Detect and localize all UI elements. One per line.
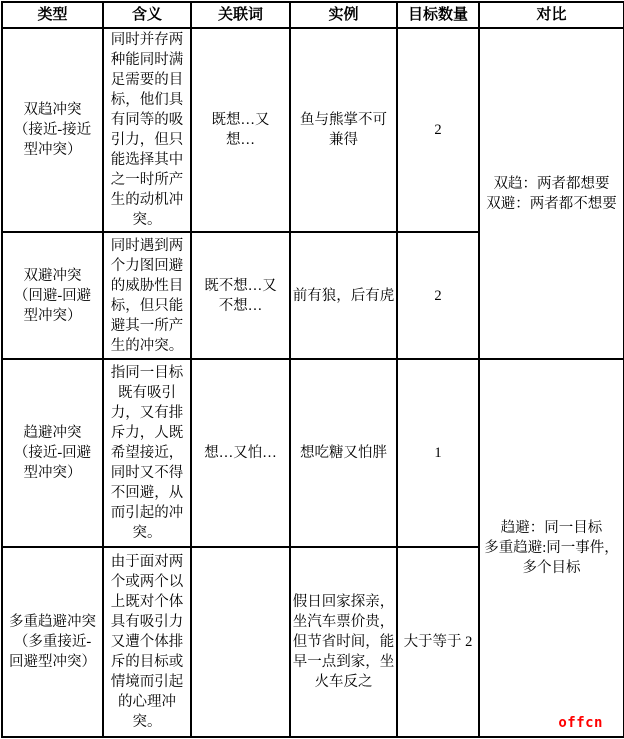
goal-count-cell: 大于等于 2 <box>397 547 479 737</box>
comparison-cell-2: 趋避：同一目标 多重趋避:同一事件， 多个目标offcn <box>479 359 624 737</box>
example-cell: 假日回家探亲， 坐汽车票价贵， 但节省时间，能 早一点到家，坐 火车反之 <box>290 547 397 737</box>
type-cell: 趋避冲突 （接近-回避 型冲突） <box>2 359 103 547</box>
meaning-cell: 由于面对两个或两个以上既对个体具有吸引力又遭个体排斥的目标或情境而引起的心理冲突… <box>103 547 191 737</box>
comparison-text-2: 趋避：同一目标 多重趋避:同一事件， 多个目标 <box>484 520 619 576</box>
type-cell: 多重趋避冲突 （多重接近- 回避型冲突） <box>2 547 103 737</box>
comparison-text-1: 双趋：两者都想要 双避：两者都不想要 <box>486 176 617 212</box>
header-meaning: 含义 <box>103 2 191 28</box>
keywords-cell: 想…又怕… <box>191 359 290 547</box>
offcn-watermark: offcn <box>558 713 603 733</box>
type-cell: 双趋冲突 （接近-接近 型冲突） <box>2 28 103 232</box>
type-cell: 双避冲突 （回避-回避 型冲突） <box>2 232 103 359</box>
example-cell: 鱼与熊掌不可 兼得 <box>290 28 397 232</box>
example-cell: 想吃糖又怕胖 <box>290 359 397 547</box>
row-approach-approach: 双趋冲突 （接近-接近 型冲突） 同时并存两种能同时满足需要的目标，他们具有同等… <box>2 28 624 232</box>
comparison-cell-1: 双趋：两者都想要 双避：两者都不想要 <box>479 28 624 359</box>
header-goal-count: 目标数量 <box>397 2 479 28</box>
keywords-cell <box>191 547 290 737</box>
meaning-cell: 指同一目标既有吸引力，又有排斥力，人既希望接近，同时又不得不回避，从而引起的冲突… <box>103 359 191 547</box>
meaning-cell: 同时并存两种能同时满足需要的目标，他们具有同等的吸引力，但只能选择其中之一时所产… <box>103 28 191 232</box>
motivation-conflict-table: 类型 含义 关联词 实例 目标数量 对比 双趋冲突 （接近-接近 型冲突） 同时… <box>1 1 624 738</box>
row-approach-avoidance: 趋避冲突 （接近-回避 型冲突） 指同一目标既有吸引力，又有排斥力，人既希望接近… <box>2 359 624 547</box>
goal-count-cell: 1 <box>397 359 479 547</box>
header-comparison: 对比 <box>479 2 624 28</box>
header-example: 实例 <box>290 2 397 28</box>
keywords-cell: 既想…又 想… <box>191 28 290 232</box>
keywords-cell: 既不想…又 不想… <box>191 232 290 359</box>
header-keywords: 关联词 <box>191 2 290 28</box>
meaning-cell: 同时遇到两个力图回避的威胁性目标，但只能避其一所产生的冲突。 <box>103 232 191 359</box>
goal-count-cell: 2 <box>397 28 479 232</box>
header-row: 类型 含义 关联词 实例 目标数量 对比 <box>2 2 624 28</box>
goal-count-cell: 2 <box>397 232 479 359</box>
header-type: 类型 <box>2 2 103 28</box>
example-cell: 前有狼，后有虎 <box>290 232 397 359</box>
